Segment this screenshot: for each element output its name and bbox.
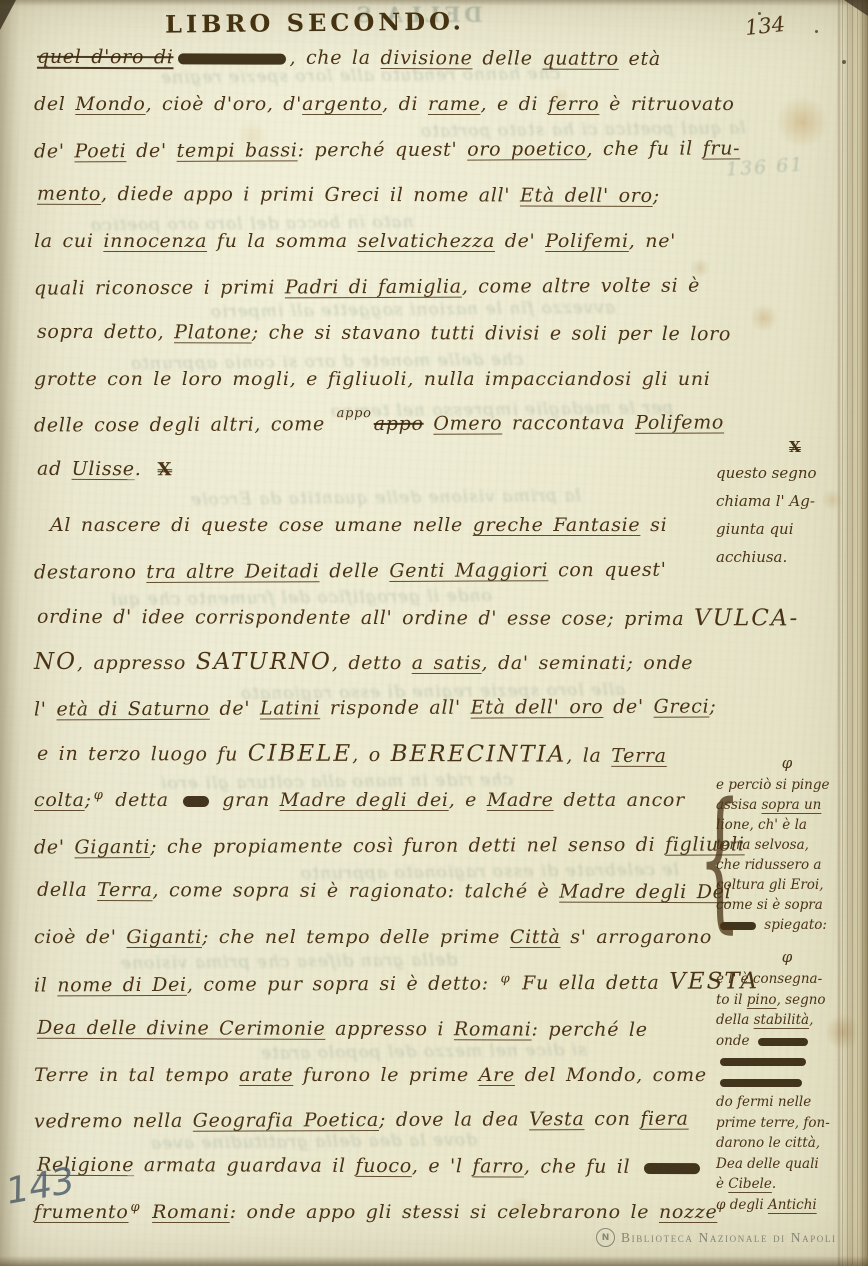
text-segment: de' bbox=[34, 140, 75, 162]
text-segment: detta bbox=[106, 789, 179, 811]
manuscript-line: delle cose degli altri, come appoappo Om… bbox=[34, 401, 722, 450]
insertion-mark-icon: φ bbox=[131, 1200, 141, 1215]
text-segment: delle bbox=[319, 560, 389, 582]
text-segment: Platone bbox=[174, 321, 252, 343]
text-segment: ordine d' idee corrispondente all' ordin… bbox=[37, 605, 694, 629]
page-edge-right bbox=[842, 0, 868, 1266]
text-segment: , di bbox=[382, 93, 428, 115]
text-segment: è bbox=[716, 1176, 728, 1192]
text-segment: tra altre Deitadi bbox=[146, 560, 319, 583]
text-segment: Geografia Poetica bbox=[193, 1109, 379, 1132]
manuscript-line: Terre in tal tempo arate furono le prime… bbox=[34, 1053, 722, 1099]
text-segment: Padri di famiglia bbox=[285, 276, 462, 299]
text-segment: innocenza bbox=[103, 230, 207, 252]
text-segment: , diede appo i primi Greci il nome all' bbox=[101, 183, 520, 206]
page-edge-left bbox=[0, 0, 20, 1266]
insertion-mark-icon: φ bbox=[94, 788, 104, 803]
text-segment: Madre bbox=[487, 789, 554, 811]
text-segment: SATURNO bbox=[196, 649, 332, 675]
text-segment: fiera bbox=[640, 1108, 688, 1130]
ink-blot bbox=[177, 53, 285, 64]
text-segment: quali riconosce i primi bbox=[34, 276, 285, 299]
manuscript-line: Religione armata guardava il fuoco, e 'l… bbox=[34, 1143, 722, 1191]
text-segment: mento bbox=[37, 183, 101, 205]
text-segment: selvatichezza bbox=[358, 230, 495, 252]
text-segment: NO bbox=[34, 649, 77, 675]
text-segment: Fu ella detta bbox=[512, 972, 669, 995]
manuscript-line: quel d'oro di, che la divisione delle qu… bbox=[34, 35, 722, 83]
text-segment: quattro bbox=[542, 48, 618, 70]
text-segment: della bbox=[716, 1012, 754, 1028]
text-segment: appresso i bbox=[325, 1018, 454, 1040]
manuscript-line: ordine d' idee corrispondente all' ordin… bbox=[34, 593, 722, 641]
text-segment: de' bbox=[603, 696, 653, 718]
manuscript-line: mento, diede appo i primi Greci il nome … bbox=[34, 172, 722, 220]
text-segment: to il bbox=[716, 992, 747, 1008]
text-segment: spiegato: bbox=[760, 917, 827, 933]
text-segment: prime terre, fon- bbox=[716, 1115, 830, 1131]
text-segment: delle bbox=[473, 47, 543, 69]
text-segment: : onde appo gli stessi si celebrarono le bbox=[230, 1201, 659, 1223]
text-segment: , e di bbox=[480, 93, 548, 115]
text-segment: Giganti bbox=[126, 926, 202, 948]
text-segment: si bbox=[640, 514, 667, 536]
manuscript-line: e in terzo luogo fu CIBELE, o BERECINTIA… bbox=[34, 731, 722, 779]
text-segment: furono le prime bbox=[293, 1064, 478, 1086]
manuscript-line: cioè de' Giganti; che nel tempo delle pr… bbox=[34, 915, 722, 961]
text-segment bbox=[142, 1201, 152, 1223]
manuscript-line: l' età di Saturno de' Latini risponde al… bbox=[34, 685, 722, 734]
text-segment: tempi bassi bbox=[177, 139, 298, 162]
text-segment: , e 'l bbox=[412, 1155, 473, 1177]
text-segment: Al nascere di queste cose umane nelle bbox=[50, 514, 473, 536]
text-segment: pino bbox=[747, 992, 777, 1008]
text-segment: e l' è consegna- bbox=[716, 971, 822, 987]
text-segment: età di Saturno bbox=[56, 698, 209, 721]
text-segment: Ulisse bbox=[72, 458, 135, 480]
manuscript-line: sopra detto, Platone; che si stavano tut… bbox=[34, 310, 722, 358]
library-watermark-text: Biblioteca Nazionale di Napoli bbox=[621, 1230, 837, 1246]
text-segment: questo segno bbox=[716, 464, 817, 482]
text-segment: sopra detto, bbox=[37, 321, 174, 343]
text-segment: Mondo bbox=[75, 93, 145, 115]
insertion-mark-icon: φ bbox=[501, 971, 511, 986]
manuscript-text-block: quel d'oro di, che la divisione delle qu… bbox=[34, 36, 722, 1236]
manuscript-page: DELLA S 136 61 che hanno renduto alle lo… bbox=[0, 0, 868, 1266]
text-segment: ad bbox=[37, 458, 72, 480]
text-segment: Are bbox=[479, 1064, 515, 1086]
text-segment: arate bbox=[239, 1064, 293, 1086]
text-segment: l' bbox=[34, 699, 57, 721]
text-segment: armata guardava il bbox=[134, 1154, 355, 1177]
text-segment: e in terzo luogo fu bbox=[37, 743, 248, 766]
page-title: LIBRO SECONDO. bbox=[150, 6, 480, 38]
page-crease bbox=[837, 0, 841, 1266]
text-segment: Dea delle quali bbox=[716, 1156, 819, 1172]
text-segment: del bbox=[34, 93, 75, 115]
text-segment: ; che propiamente così furon detti nel s… bbox=[150, 833, 665, 857]
text-segment: cioè de' bbox=[34, 926, 126, 948]
text-segment: BERECINTIA bbox=[391, 741, 567, 768]
text-segment: , come altre volte si è bbox=[462, 275, 700, 298]
text-segment: CIBELE bbox=[248, 740, 353, 766]
manuscript-line: del Mondo, cioè d'oro, d'argento, di ram… bbox=[34, 82, 722, 128]
text-segment: Città bbox=[510, 926, 561, 948]
text-segment: con bbox=[584, 1108, 640, 1130]
text-segment: fu la somma bbox=[207, 230, 357, 252]
text-segment: Romani bbox=[454, 1018, 532, 1040]
ink-blot bbox=[183, 796, 209, 807]
library-logo-icon: N bbox=[596, 1228, 615, 1247]
text-segment: raccontava bbox=[502, 412, 635, 435]
text-segment: , come sopra si è ragionato: talché è bbox=[153, 880, 560, 903]
text-segment: , che fu il bbox=[524, 1156, 640, 1178]
text-segment: ; dove la dea bbox=[379, 1109, 529, 1132]
text-segment: Vesta bbox=[529, 1108, 585, 1130]
text-segment: la cui bbox=[34, 230, 103, 252]
text-segment: quel d'oro di bbox=[37, 46, 174, 68]
text-segment: ferro bbox=[548, 93, 599, 115]
text-segment: φ degli bbox=[716, 1197, 768, 1213]
text-segment: grotte con le loro mogli, e figliuoli, n… bbox=[34, 368, 711, 390]
text-segment: , che fu il bbox=[586, 137, 702, 160]
text-segment: ; bbox=[653, 185, 660, 207]
text-segment: de' bbox=[34, 836, 75, 858]
text-segment: ; che si stavano tutti divisi e soli per… bbox=[252, 321, 731, 345]
text-segment: è ritruovato bbox=[599, 93, 734, 115]
manuscript-line: Al nascere di queste cose umane nelle gr… bbox=[34, 503, 722, 549]
text-segment: VULCA- bbox=[694, 605, 799, 631]
text-segment: appo bbox=[337, 406, 372, 421]
ink-blot bbox=[758, 1038, 808, 1046]
manuscript-line: de' Poeti de' tempi bassi: perché quest'… bbox=[34, 126, 722, 175]
text-segment: farro bbox=[472, 1155, 524, 1177]
manuscript-line: Dea delle divine Cerimonie appresso i Ro… bbox=[34, 1006, 722, 1054]
ink-blot bbox=[720, 1079, 802, 1087]
manuscript-line: de' Giganti; che propiamente così furon … bbox=[34, 822, 722, 871]
text-segment: nozze bbox=[659, 1201, 717, 1223]
text-segment: appo bbox=[374, 413, 424, 435]
text-segment: de' bbox=[126, 139, 176, 161]
ink-speck bbox=[815, 30, 818, 33]
text-segment: Greci bbox=[654, 696, 710, 718]
text-segment: , che la bbox=[289, 47, 380, 69]
text-segment: oro poetico bbox=[467, 138, 586, 161]
text-segment: de' bbox=[210, 698, 260, 720]
text-segment: il bbox=[34, 974, 57, 996]
text-segment: Terra bbox=[97, 879, 153, 901]
text-segment: Latini bbox=[260, 697, 320, 719]
text-segment: con quest' bbox=[548, 559, 666, 582]
ink-blot bbox=[720, 1058, 806, 1066]
text-segment: , la bbox=[566, 745, 611, 767]
text-segment: sopra un bbox=[762, 797, 822, 813]
manuscript-line: il nome di Dei, come pur sopra si è dett… bbox=[34, 959, 722, 1008]
text-segment: : perché quest' bbox=[298, 138, 468, 161]
page-edge-bottom bbox=[0, 1256, 868, 1266]
text-segment: , cioè d'oro, d' bbox=[146, 93, 303, 115]
text-segment: della bbox=[37, 879, 97, 901]
text-segment: : perché le bbox=[532, 1018, 648, 1040]
manuscript-line: grotte con le loro mogli, e figliuoli, n… bbox=[34, 357, 722, 403]
text-segment: darono le città, bbox=[716, 1135, 820, 1151]
text-segment: , da' seminati; onde bbox=[482, 652, 694, 674]
text-segment: ; bbox=[85, 789, 92, 811]
text-segment: acchiusa. bbox=[716, 548, 787, 566]
text-segment: , appresso bbox=[77, 652, 196, 674]
text-segment: Età dell' oro bbox=[520, 185, 653, 207]
text-segment: . bbox=[772, 1176, 776, 1192]
text-segment: , ne' bbox=[629, 230, 676, 252]
text-segment: , segno bbox=[777, 992, 826, 1008]
text-segment: Omero bbox=[433, 413, 502, 435]
text-segment: Madre degli dei bbox=[280, 789, 449, 811]
text-segment: età bbox=[619, 48, 661, 70]
addition-mark-icon: X bbox=[157, 459, 172, 480]
text-segment: delle cose degli altri, come bbox=[34, 414, 335, 437]
text-segment: Romani bbox=[152, 1201, 230, 1223]
text-segment: vedremo nella bbox=[34, 1110, 193, 1133]
text-segment: Antichi bbox=[768, 1197, 817, 1213]
folio-number: 134 bbox=[744, 12, 786, 40]
text-segment: ; che nel tempo delle prime bbox=[202, 926, 510, 948]
text-segment: onde bbox=[716, 1033, 754, 1049]
manuscript-line: ad Ulisse.X bbox=[34, 447, 722, 495]
text-segment: , come pur sopra si è detto: bbox=[187, 972, 499, 995]
text-segment: gran bbox=[213, 789, 280, 811]
text-segment: a satis bbox=[412, 652, 482, 674]
text-segment: risponde all' bbox=[320, 697, 471, 720]
text-segment: , e bbox=[449, 789, 487, 811]
text-segment: divisione bbox=[380, 47, 472, 69]
text-segment: stabilità bbox=[754, 1012, 809, 1028]
text-segment bbox=[424, 413, 434, 435]
text-segment: Poeti bbox=[74, 140, 126, 162]
manuscript-line: la cui innocenza fu la somma selvatichez… bbox=[34, 219, 722, 265]
manuscript-line: colta;φ detta gran Madre degli dei, e Ma… bbox=[34, 778, 722, 824]
manuscript-line: della Terra, come sopra si è ragionato: … bbox=[34, 868, 722, 916]
text-segment: fru- bbox=[703, 137, 741, 159]
text-segment: Polifemi bbox=[545, 230, 629, 252]
page-edge-top bbox=[0, 0, 868, 6]
text-segment: rame bbox=[428, 93, 480, 115]
text-segment: Cibele bbox=[728, 1176, 772, 1192]
text-segment: Terre in tal tempo bbox=[34, 1064, 239, 1086]
text-segment: giunta qui bbox=[716, 520, 794, 538]
text-segment: Genti Maggiori bbox=[389, 559, 548, 582]
text-segment: Polifemo bbox=[635, 412, 724, 434]
text-segment: destarono bbox=[34, 561, 146, 583]
text-segment: , o bbox=[352, 744, 390, 766]
text-segment: s' arrogarono bbox=[561, 926, 712, 948]
text-segment: argento bbox=[302, 93, 382, 115]
text-segment: de' bbox=[495, 230, 545, 252]
text-segment: Giganti bbox=[74, 836, 150, 858]
text-segment: colta bbox=[34, 789, 85, 811]
text-segment: del Mondo, come bbox=[515, 1064, 707, 1086]
text-segment: . bbox=[135, 458, 142, 480]
text-segment: nome di Dei bbox=[57, 974, 187, 997]
manuscript-line: NO, appresso SATURNO, detto a satis, da'… bbox=[34, 640, 722, 686]
manuscript-line: destarono tra altre Deitadi delle Genti … bbox=[34, 547, 722, 596]
text-segment: Dea delle divine Cerimonie bbox=[37, 1017, 325, 1040]
text-segment: ; bbox=[709, 696, 716, 718]
library-watermark: N Biblioteca Nazionale di Napoli bbox=[596, 1228, 837, 1247]
text-segment: chiama l' Ag- bbox=[716, 492, 815, 510]
text-segment: , bbox=[809, 1012, 813, 1028]
text-segment: Terra bbox=[611, 745, 667, 767]
text-segment: Età dell' oro bbox=[471, 696, 604, 719]
text-segment: , detto bbox=[332, 652, 412, 674]
manuscript-line: quali riconosce i primi Padri di famigli… bbox=[34, 263, 722, 312]
text-segment: greche Fantasie bbox=[473, 514, 641, 536]
text-segment: detta ancor bbox=[554, 789, 685, 811]
manuscript-line: vedremo nella Geografia Poetica; dove la… bbox=[34, 1097, 722, 1146]
ink-blot bbox=[644, 1163, 700, 1174]
text-segment: do fermi nelle bbox=[716, 1094, 811, 1110]
note-brace: { bbox=[698, 779, 742, 939]
text-segment: fuoco bbox=[356, 1155, 412, 1177]
